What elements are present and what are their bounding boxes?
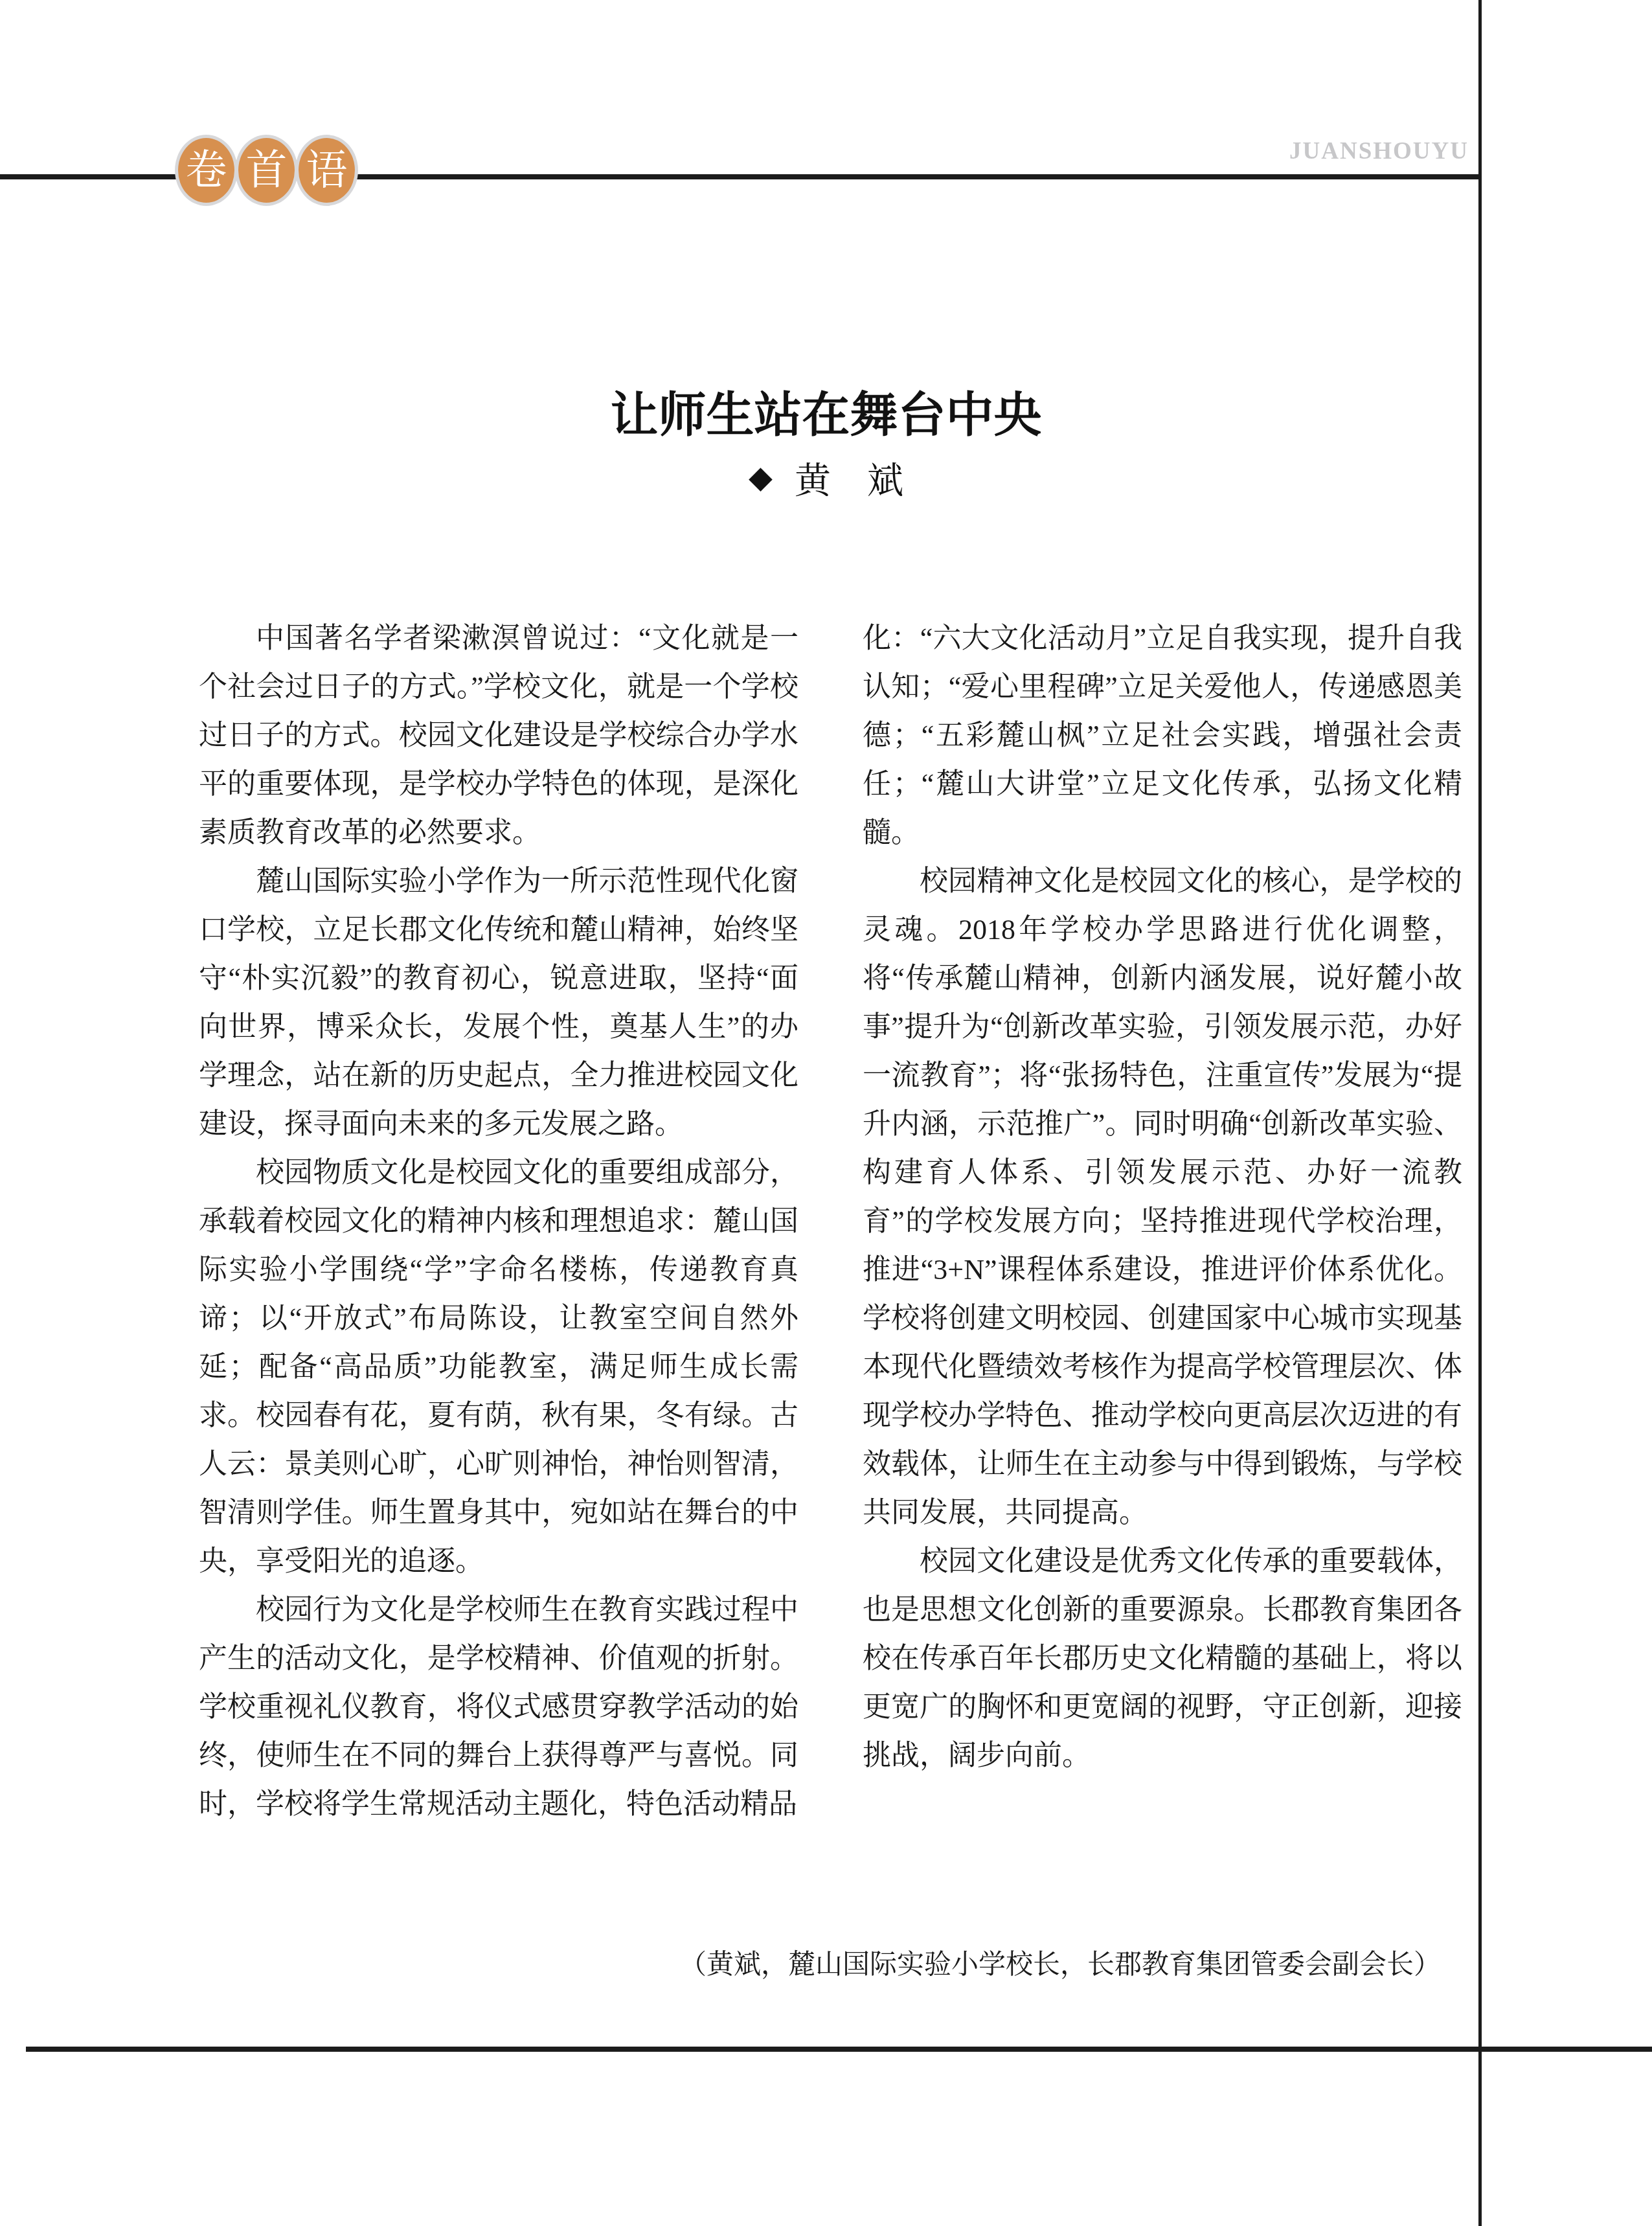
paragraph: 校园行为文化是学校师生在教育实践过程中产生的活动文化，是学校精神、价值观的折射。… <box>199 1585 798 1828</box>
bottom-rule <box>26 2047 1652 2052</box>
magazine-foreword-page: 卷首语 JUANSHOUYU 让师生站在舞台中央 ◆ 黄 斌 中国著名学者梁漱溟… <box>0 0 1652 2226</box>
badge-character: 首 <box>246 150 288 191</box>
author-line: ◆ 黄 斌 <box>0 452 1652 504</box>
paragraph: 中国著名学者梁漱溟曾说过：“文化就是一个社会过日子的方式。”学校文化，就是一个学… <box>199 614 798 857</box>
paragraph: 麓山国际实验小学作为一所示范性现代化窗口学校，立足长郡文化传统和麓山精神，始终坚… <box>199 857 798 1148</box>
badge-ellipse: 首 <box>235 135 298 206</box>
paragraph: 化：“六大文化活动月”立足自我实现，提升自我认知；“爱心里程碑”立足关爱他人，传… <box>863 614 1462 857</box>
diamond-icon: ◆ <box>749 462 773 494</box>
badge-ellipse: 语 <box>295 135 358 206</box>
badge-ellipse: 卷 <box>175 135 238 206</box>
body-column-left: 中国著名学者梁漱溟曾说过：“文化就是一个社会过日子的方式。”学校文化，就是一个学… <box>199 614 798 1828</box>
author-name: 黄 斌 <box>795 452 903 504</box>
author-attribution: （黄斌，麓山国际实验小学校长，长郡教育集团管委会副会长） <box>679 1943 1441 1982</box>
body-column-right: 化：“六大文化活动月”立足自我实现，提升自我认知；“爱心里程碑”立足关爱他人，传… <box>863 614 1462 1780</box>
badge-character: 卷 <box>186 150 227 191</box>
paragraph: 校园物质文化是校园文化的重要组成部分，承载着校园文化的精神内核和理想追求：麓山国… <box>199 1148 798 1585</box>
paragraph: 校园精神文化是校园文化的核心，是学校的灵魂。2018年学校办学思路进行优化调整，… <box>863 857 1462 1537</box>
badge-character: 语 <box>306 150 348 191</box>
section-badge-juanshouyu: 卷首语 <box>175 135 356 206</box>
paragraph: 校园文化建设是优秀文化传承的重要载体，也是思想文化创新的重要源泉。长郡教育集团各… <box>863 1537 1462 1780</box>
section-watermark: JUANSHOUYU <box>1289 137 1469 165</box>
right-vertical-rule <box>1478 0 1482 2226</box>
article-title: 让师生站在舞台中央 <box>0 377 1652 446</box>
